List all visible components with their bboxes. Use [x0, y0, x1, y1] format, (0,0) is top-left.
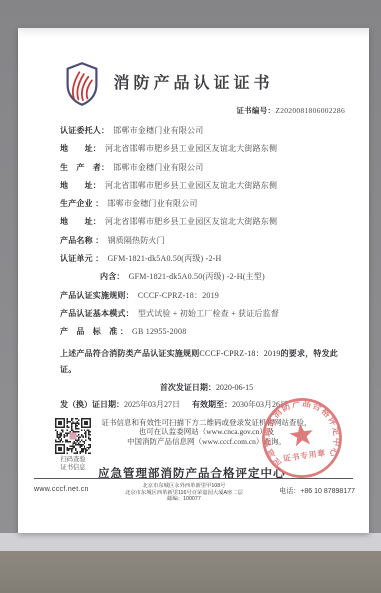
field-label: 地 址：	[60, 144, 101, 153]
first-issue-label: 首次发证日期：	[160, 383, 216, 392]
qr-caption-line: 证书信息	[47, 464, 99, 472]
field-row-cert-unit: 认证单元 ：GFM-1821-dk5A0.50(丙级) -2-H	[60, 249, 353, 267]
certificate-number-value: Z2020081806002286	[275, 106, 345, 115]
field-row-implementation-rule: 产品认证实施规则：CCCF-CPRZ-18：2019	[60, 286, 353, 304]
field-value: GFM-1821-dk5A0.50(丙级) -2-H	[107, 254, 221, 263]
first-issue-date-line: 首次发证日期：2020-06-15	[60, 382, 353, 393]
field-value: CCCF-CPRZ-18：2019	[138, 291, 219, 300]
field-row-product-name: 产品名称 ：钢质隔热防火门	[60, 231, 353, 249]
footer-phone: 电话：+86 10 87898177	[279, 486, 355, 496]
field-value: 邯郸市金穗门业有限公司	[107, 199, 197, 208]
field-value: 河北省邯郸市肥乡县工业园区友谊北大街路东侧	[105, 144, 277, 153]
footer-address-line: 北京市东城区永外西革新里甲108号	[125, 483, 243, 490]
field-value: 型式试验 + 初始工厂检查 + 获证后监督	[138, 309, 279, 318]
field-value: 河北省邯郸市肥乡县工业园区友谊北大街路东侧	[105, 181, 277, 190]
conformity-statement: 上述产品符合消防类产品认证实施规则CCCF-CPRZ-18：2019的要求，特发…	[60, 346, 342, 378]
field-label: 认证单元 ：	[60, 254, 103, 263]
reissue-value: 2025年03月27日	[124, 400, 180, 409]
field-label: 生 产 者：	[60, 163, 109, 172]
field-value: 邯郸市金穗门业有限公司	[113, 163, 203, 172]
certificate-title: 消防产品认证证书	[18, 70, 369, 93]
footer-postcode: 邮编：100077	[125, 496, 243, 503]
certificate-number-line: 证书编号：Z2020081806002286	[236, 105, 345, 116]
field-row-applicant: 认证委托人：邯郸市金穗门业有限公司	[60, 121, 353, 139]
field-row-product-standard: 产 品 标 准 ：GB 12955-2008	[60, 322, 353, 340]
field-label: 地 址：	[60, 217, 101, 226]
field-label: 认证委托人：	[60, 126, 109, 135]
qr-caption-line: 扫码查验	[47, 456, 99, 464]
field-label: 产品认证实施规则：	[60, 291, 134, 300]
field-row-factory: 生产企业 ：邯郸市金穗门业有限公司	[60, 194, 353, 212]
field-label: 内含：	[100, 272, 125, 281]
seal-center-label: 证书专用章	[281, 447, 326, 463]
field-value: 钢质隔热防火门	[107, 236, 164, 245]
floor-band	[0, 551, 381, 593]
field-value: 河北省邯郸市肥乡县工业园区友谊北大街路东侧	[105, 217, 277, 226]
statement-rule-code: CCCF-CPRZ-18：2019	[199, 349, 280, 358]
reissue-label: 发（换）证日期：	[60, 400, 124, 409]
first-issue-value: 2020-06-15	[216, 383, 253, 392]
statement-prefix: 上述产品符合消防类产品认证实施规则	[60, 349, 199, 358]
field-row-producer: 生 产 者：邯郸市金穗门业有限公司	[60, 158, 353, 176]
field-row-included-model: 内含：GFM-1821-dk5A0.50(丙级) -2-H(主型)	[60, 267, 353, 285]
field-row-address: 地 址：河北省邯郸市肥乡县工业园区友谊北大街路东侧	[60, 139, 353, 157]
field-label: 地 址：	[60, 181, 101, 190]
certificate-number-label: 证书编号：	[236, 106, 275, 115]
footer-address-block: 北京市东城区永外西革新里甲108号 北京市东城区西革新里116号百荣嘉园大厦A座…	[125, 483, 243, 503]
valid-until-label: 有效期至：	[192, 400, 232, 409]
field-row-address: 地 址：河北省邯郸市肥乡县工业园区友谊北大街路东侧	[60, 176, 353, 194]
photo-background: { "certificate": { "title": "消防产品认证证书", …	[0, 0, 381, 593]
field-label: 产品认证基本模式：	[60, 309, 134, 318]
qr-caption: 扫码查验 证书信息	[47, 456, 99, 471]
field-value: GFM-1821-dk5A0.50(丙级) -2-H(主型)	[129, 272, 265, 281]
seal-star-icon	[288, 422, 314, 447]
field-label: 产 品 标 准 ：	[60, 327, 128, 336]
field-label: 产品名称 ：	[60, 236, 103, 245]
qr-code	[55, 418, 91, 454]
certificate-page: 消防产品认证证书 证书编号：Z2020081806002286 认证委托人：邯郸…	[18, 28, 369, 533]
field-value: GB 12955-2008	[132, 327, 186, 336]
official-seal-stamp: 应急管理部消防产品合格评定中心 证书专用章	[256, 392, 349, 485]
field-row-certification-mode: 产品认证基本模式：型式试验 + 初始工厂检查 + 获证后监督	[60, 304, 353, 322]
field-value: 邯郸市金穗门业有限公司	[113, 126, 203, 135]
footer-divider-line	[34, 478, 353, 479]
floor-highlight-band	[0, 533, 381, 551]
field-label: 生产企业 ：	[60, 199, 103, 208]
footer: www.cccf.net.cn 北京市东城区永外西革新里甲108号 北京市东城区…	[34, 483, 355, 503]
field-row-address: 地 址：河北省邯郸市肥乡县工业园区友谊北大街路东侧	[60, 212, 353, 230]
footer-website: www.cccf.net.cn	[34, 486, 89, 493]
